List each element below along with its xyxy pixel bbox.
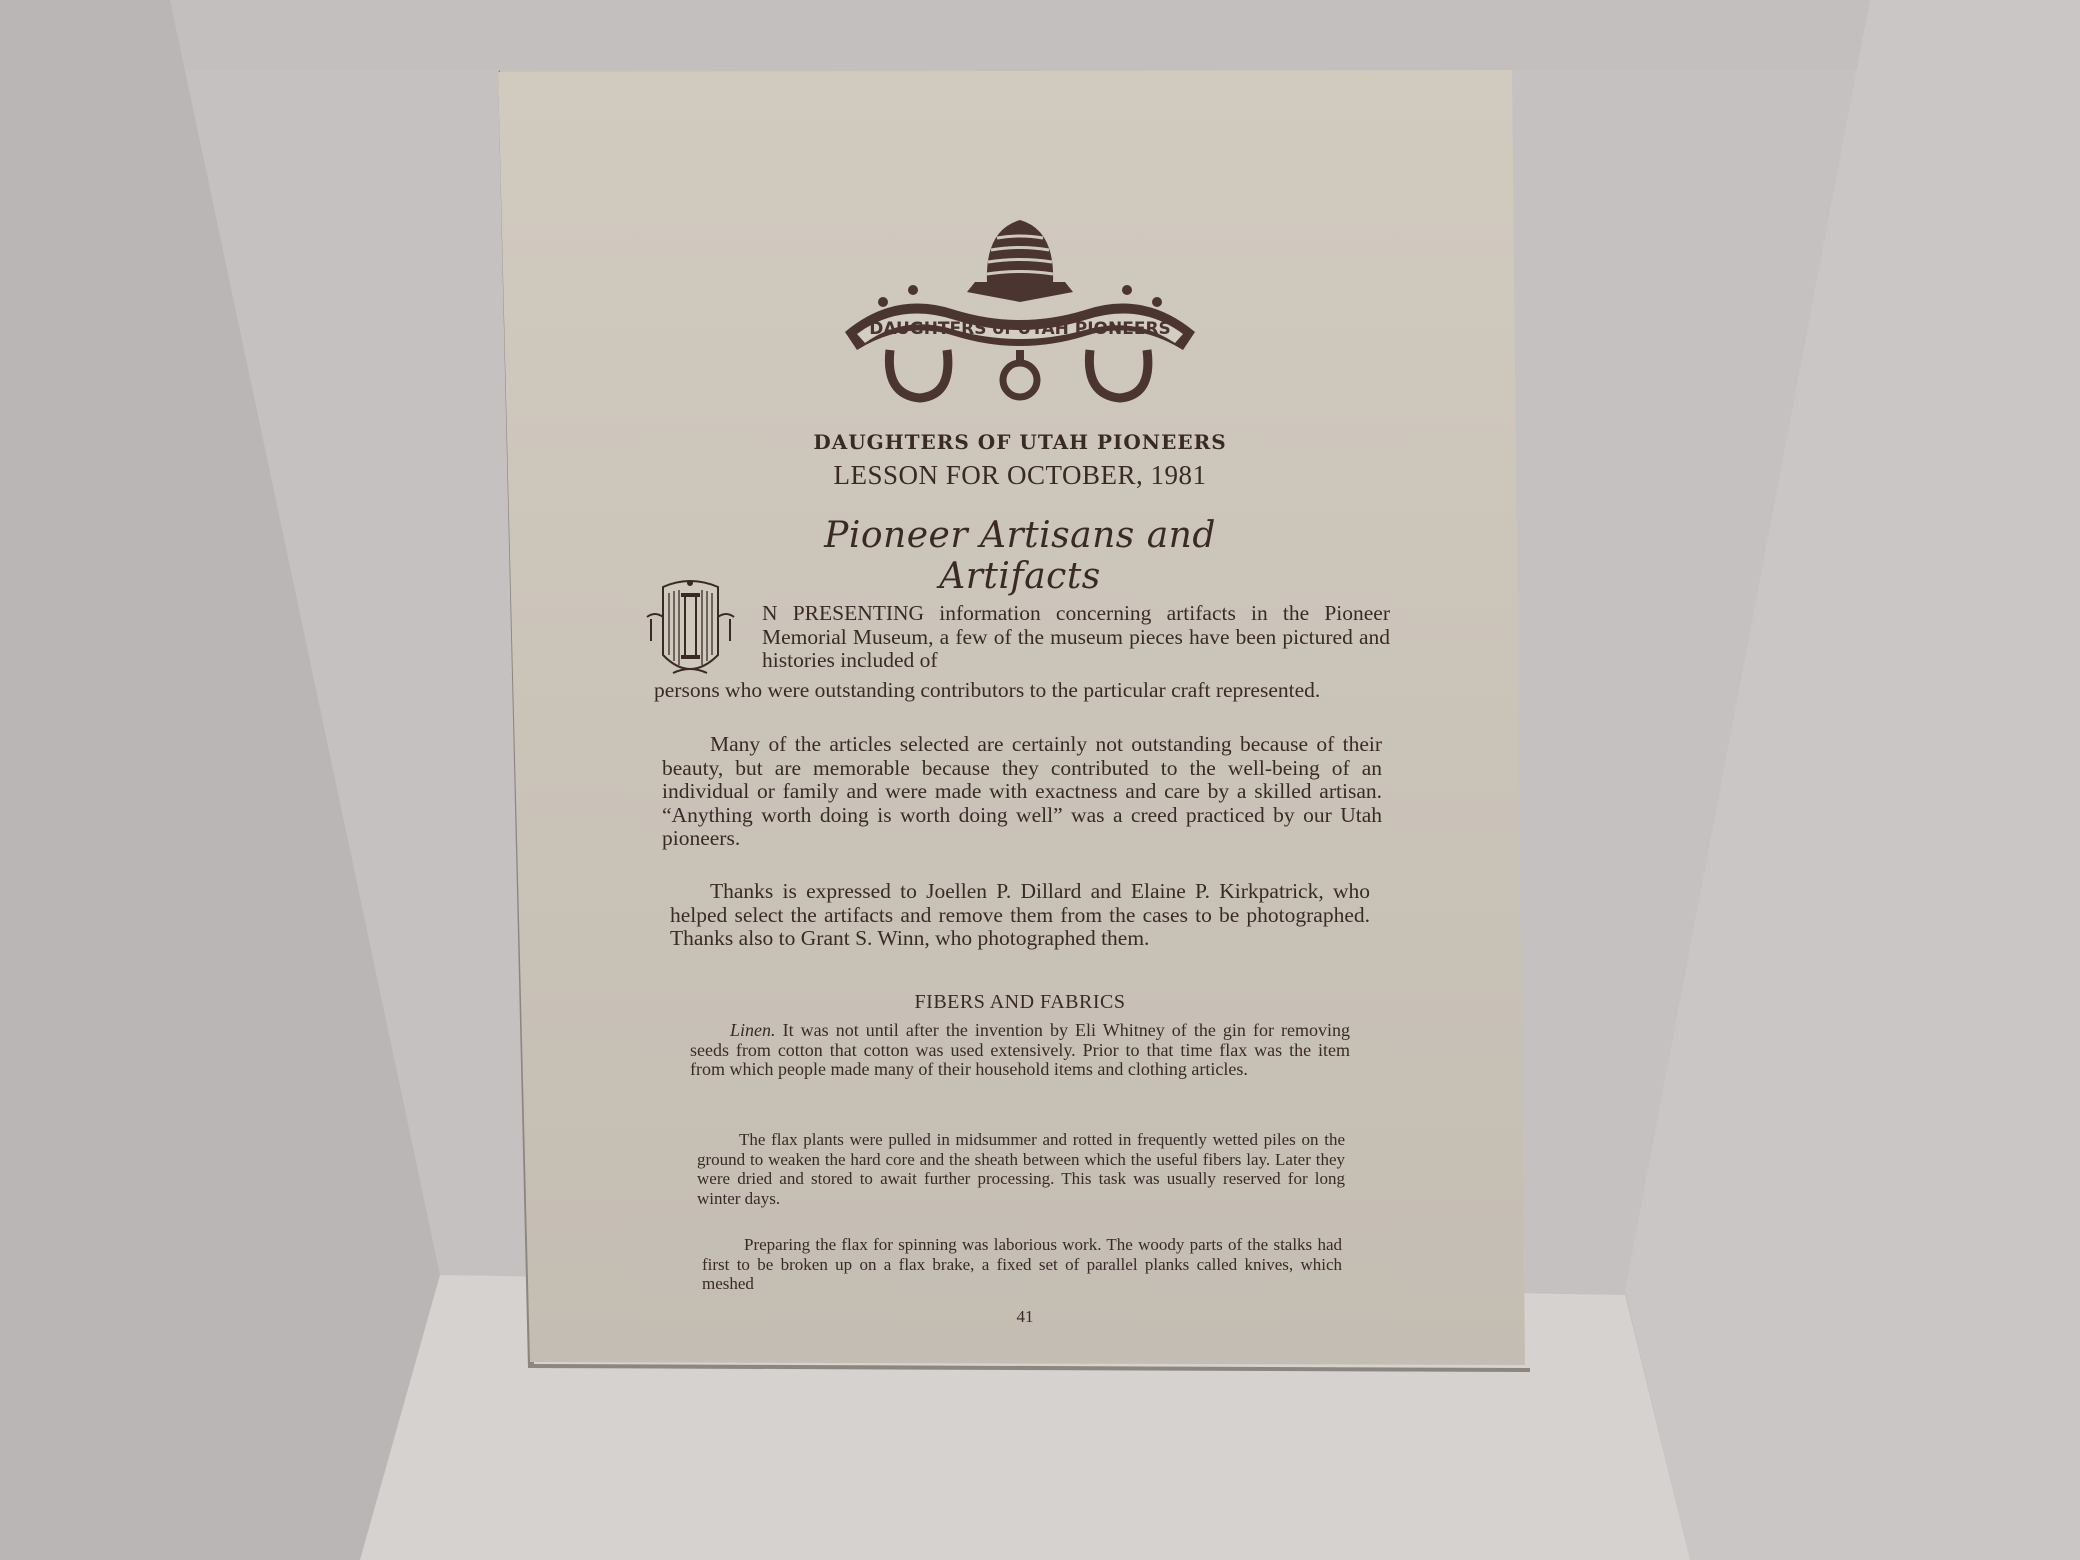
intro-paragraph-first-lines: N PRESENTING information concerning arti… — [762, 602, 1390, 673]
body-paragraph: Many of the articles selected are certai… — [662, 733, 1382, 851]
lesson-heading: LESSON FOR OCTOBER, 1981 — [760, 460, 1280, 491]
flax-preparation-paragraph: Preparing the flax for spinning was labo… — [702, 1235, 1342, 1294]
page-content: DAUGHTERS of UTAH PIONEERS DAUGHTERS OF … — [0, 0, 2080, 1560]
linen-text: It was not until after the invention by … — [690, 1020, 1350, 1079]
linen-term: Linen. — [730, 1020, 776, 1040]
dup-beehive-logo-icon: DAUGHTERS of UTAH PIONEERS — [835, 210, 1205, 405]
document-title: Pioneer Artisans and Artifacts — [760, 515, 1280, 597]
flax-paragraph: The flax plants were pulled in midsummer… — [697, 1130, 1345, 1208]
page-number: 41 — [995, 1307, 1055, 1327]
organization-name: DAUGHTERS OF UTAH PIONEERS — [760, 430, 1280, 454]
linen-paragraph: Linen. It was not until after the invent… — [690, 1021, 1350, 1080]
intro-paragraph-continuation: persons who were outstanding contributor… — [654, 679, 1390, 703]
svg-text:DAUGHTERS of UTAH PIONEERS: DAUGHTERS of UTAH PIONEERS — [869, 319, 1171, 339]
ornamental-drop-cap-icon: I — [643, 575, 738, 685]
acknowledgements-paragraph: Thanks is expressed to Joellen P. Dillar… — [670, 880, 1370, 951]
section-heading: FIBERS AND FABRICS — [660, 991, 1380, 1014]
